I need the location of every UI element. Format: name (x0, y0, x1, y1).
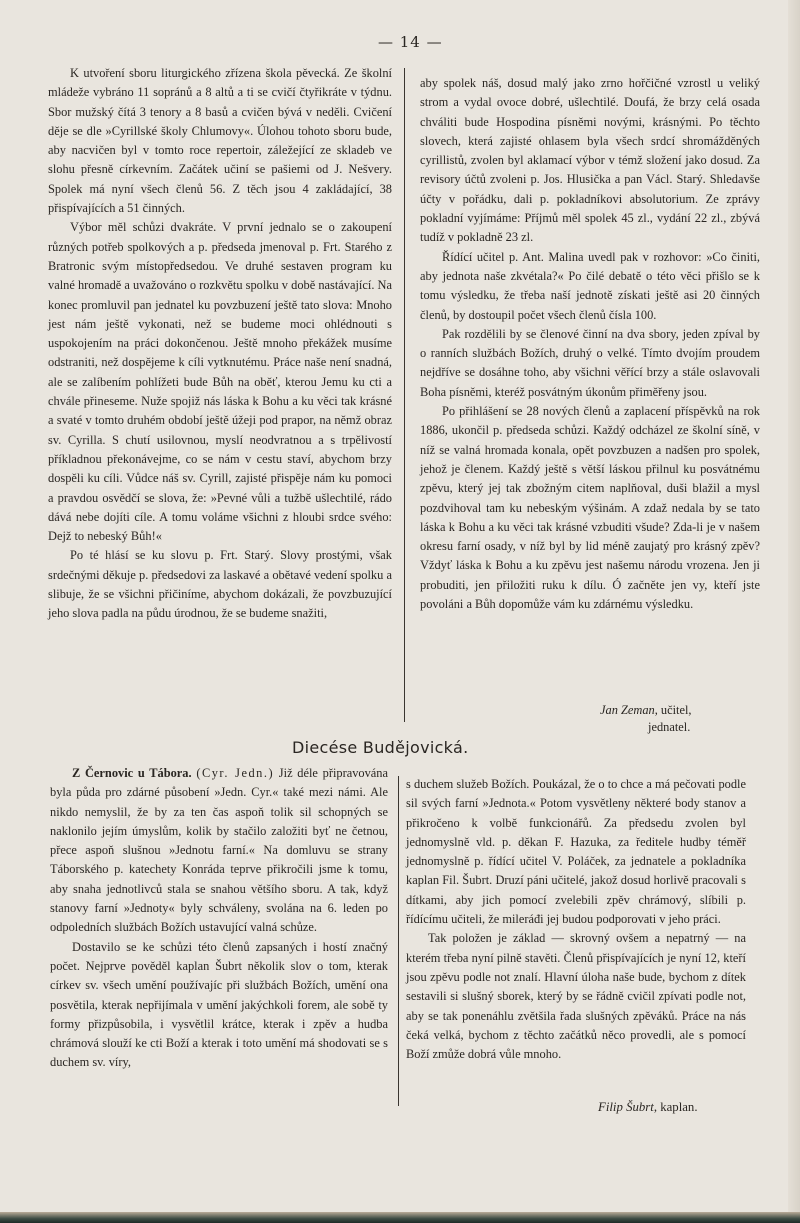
column-bottom-right: s duchem služeb Božích. Poukázal, že o t… (406, 775, 746, 1064)
paragraph: Po té hlásí se ku slovu p. Frt. Starý. S… (48, 546, 392, 623)
page-edge-right (788, 0, 800, 1223)
paragraph: Dostavilo se ke schůzi této členů zapsan… (50, 938, 388, 1073)
paragraph-text: Již déle připravována byla půda pro zdár… (50, 766, 388, 934)
article-lead-title: Z Černovic u Tábora. (72, 766, 192, 780)
column-top-left: K utvoření sboru liturgického zřízena šk… (48, 64, 392, 624)
signature-filip-subrt: Filip Šubrt, kaplan. (598, 1100, 698, 1115)
column-bottom-left: Z Černovic u Tábora. (Cyr. Jedn.) Již dé… (50, 764, 388, 1073)
signature-title: , kaplan. (654, 1100, 698, 1114)
paragraph: Tak položen je základ — skrovný ovšem a … (406, 929, 746, 1064)
signature-name: Jan Zeman (600, 703, 655, 717)
page-edge-bottom (0, 1212, 800, 1223)
paragraph: Řídící učitel p. Ant. Malina uvedl pak v… (420, 248, 760, 325)
paragraph: s duchem služeb Božích. Poukázal, že o t… (406, 775, 746, 929)
signature-title: , učitel, (655, 703, 692, 717)
signature-role: jednatel. (600, 719, 692, 736)
paragraph: Po přihlášení se 28 nových členů a zapla… (420, 402, 760, 614)
document-page: — 14 — K utvoření sboru liturgického zří… (0, 0, 790, 1212)
column-divider (398, 776, 399, 1106)
paragraph: aby spolek náš, dosud malý jako zrno hoř… (420, 74, 760, 248)
signature-name: Filip Šubrt (598, 1100, 654, 1114)
paragraph: Pak rozdělili by se členové činní na dva… (420, 325, 760, 402)
paragraph: Výbor měl schůzi dvakráte. V první jedna… (48, 218, 392, 546)
column-divider (404, 68, 405, 722)
page-number: — 14 — (378, 33, 443, 51)
column-top-right: aby spolek náš, dosud malý jako zrno hoř… (420, 74, 760, 614)
article-source: (Cyr. Jedn.) (196, 766, 274, 780)
section-heading: Diecése Budějovická. (292, 738, 468, 757)
paragraph: K utvoření sboru liturgického zřízena šk… (48, 64, 392, 218)
paragraph: Z Černovic u Tábora. (Cyr. Jedn.) Již dé… (50, 764, 388, 938)
signature-jan-zeman: Jan Zeman, učitel, jednatel. (600, 702, 692, 736)
